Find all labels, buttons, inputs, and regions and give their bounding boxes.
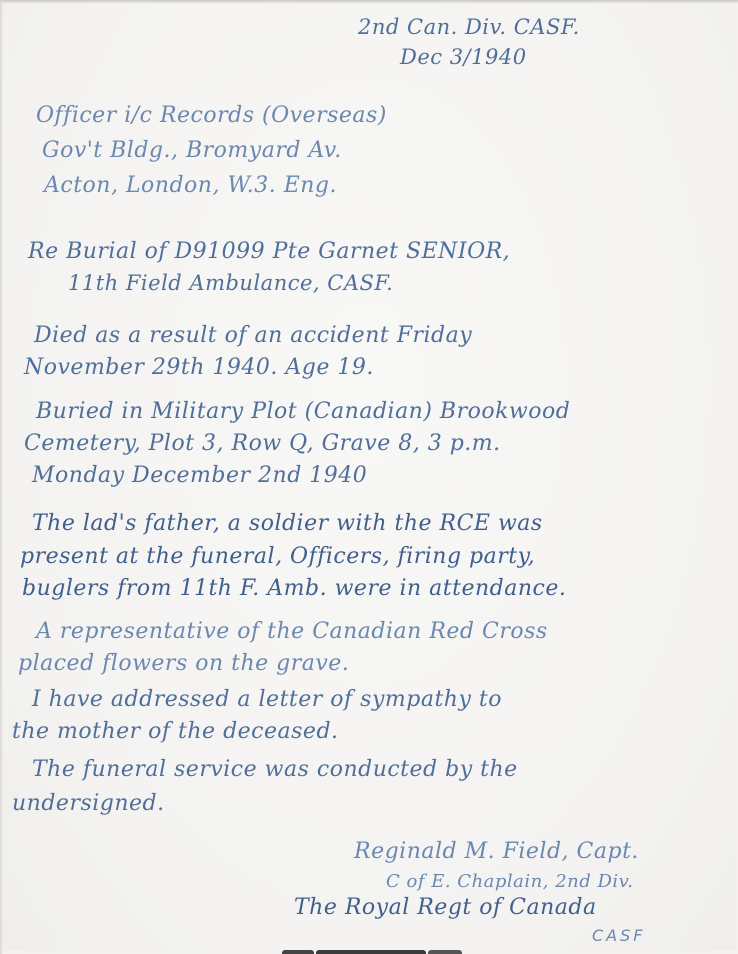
signature-org: CASF [592,928,645,944]
paragraph-2-line-3: Monday December 2nd 1940 [32,465,367,487]
heading-unit-line: 2nd Can. Div. CASF. [358,17,580,38]
letter-page: 2nd Can. Div. CASF. Dec 3/1940 Officer i… [2,3,736,951]
paragraph-5-line-1: I have addressed a letter of sympathy to [32,689,502,711]
toolbar-button-left[interactable] [282,950,314,954]
subject-line-1: Re Burial of D91099 Pte Garnet SENIOR, [28,241,510,263]
paragraph-2-line-1: Buried in Military Plot (Canadian) Brook… [36,401,570,423]
paragraph-1-line-1: Died as a result of an accident Friday [34,325,472,347]
addressee-line-3: Acton, London, W.3. Eng. [44,175,337,197]
addressee-line-2: Gov't Bldg., Bromyard Av. [42,140,342,162]
paragraph-6-line-2: undersigned. [12,793,165,815]
document-viewer: 2nd Can. Div. CASF. Dec 3/1940 Officer i… [0,0,738,954]
paragraph-4-line-2: placed flowers on the grave. [18,653,349,675]
paragraph-4-line-1: A representative of the Canadian Red Cro… [36,621,548,643]
addressee-line-1: Officer i/c Records (Overseas) [36,105,387,127]
paragraph-3-line-2: present at the funeral, Officers, firing… [20,546,535,568]
paragraph-3-line-3: buglers from 11th F. Amb. were in attend… [22,578,566,600]
signature-name: Reginald M. Field, Capt. [354,841,639,863]
heading-date-line: Dec 3/1940 [400,47,527,68]
paragraph-5-line-2: the mother of the deceased. [12,721,339,743]
paragraph-3-line-1: The lad's father, a soldier with the RCE… [32,513,543,535]
signature-role: C of E. Chaplain, 2nd Div. [386,873,633,891]
paragraph-1-line-2: November 29th 1940. Age 19. [24,357,374,379]
toolbar-button-right[interactable] [428,950,462,954]
signature-unit: The Royal Regt of Canada [294,897,597,919]
viewer-top-edge [0,0,738,4]
subject-line-2: 11th Field Ambulance, CASF. [68,273,393,294]
paragraph-6-line-1: The funeral service was conducted by the [32,759,518,781]
toolbar-page-control[interactable] [316,950,426,954]
viewer-left-edge [0,0,3,954]
paragraph-2-line-2: Cemetery, Plot 3, Row Q, Grave 8, 3 p.m. [24,433,501,455]
